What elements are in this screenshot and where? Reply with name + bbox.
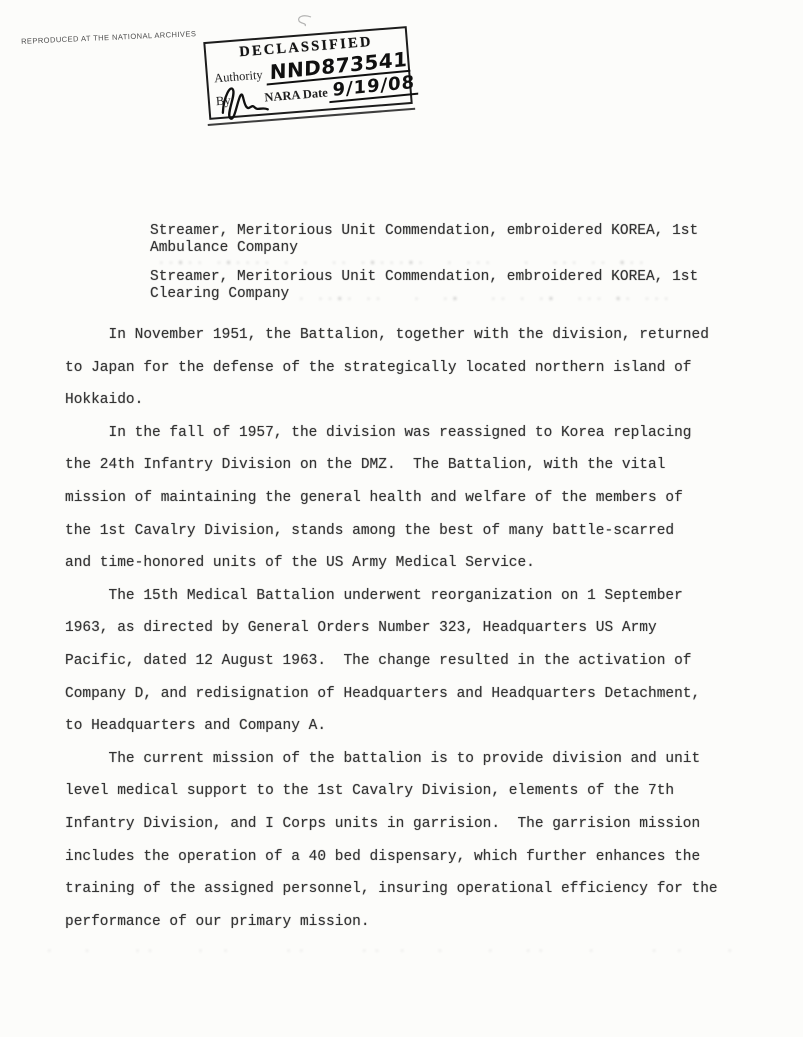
scanned-document-page: REPRODUCED AT THE NATIONAL ARCHIVES DECL… [0,0,803,1037]
document-line: Hokkaido. [65,384,718,417]
document-line: and time-honored units of the US Army Me… [65,547,718,580]
stamp-nara-date-label: NARA Date [264,86,329,108]
document-line: to Japan for the defense of the strategi… [65,352,718,385]
scan-ghost-smudge-1: ··•·· ·•···· · · ·· ·•···•· · ··· · ··· … [158,258,648,270]
document-line: In the fall of 1957, the division was re… [65,417,718,450]
document-line: The 15th Medical Battalion underwent reo… [65,580,718,613]
scan-ghost-smudge-3: · · ·· · · ·· ·· · · · ·· · · · · [46,946,739,958]
stamp-authority-label: Authority [214,68,264,89]
streamer-line-1: Streamer, Meritorious Unit Commendation,… [150,223,698,240]
document-line: The current mission of the battalion is … [65,743,718,776]
stamp-by-label: By [215,93,231,111]
document-line: 1963, as directed by General Orders Numb… [65,612,718,645]
declassified-stamp: DECLASSIFIED Authority NND873541 By NARA… [203,26,412,120]
document-line: training of the assigned personnel, insu… [65,873,718,906]
stamp-date-value-handwritten: 9/19/08 [330,74,419,104]
document-line: mission of maintaining the general healt… [65,482,718,515]
document-line: Pacific, dated 12 August 1963. The chang… [65,645,718,678]
archives-reproduction-note: REPRODUCED AT THE NATIONAL ARCHIVES [21,29,197,46]
streamer-entry: Streamer, Meritorious Unit Commendation,… [150,223,698,257]
document-body-text: In November 1951, the Battalion, togethe… [65,319,718,938]
document-line: Infantry Division, and I Corps units in … [65,808,718,841]
document-line: the 1st Cavalry Division, stands among t… [65,515,718,548]
scan-ghost-smudge-2: · ··•· ·· · ·• ·· · ·• ··· •· ··· [298,294,672,306]
stray-pencil-mark [293,14,315,28]
document-line: In November 1951, the Battalion, togethe… [65,319,718,352]
document-line: the 24th Infantry Division on the DMZ. T… [65,449,718,482]
streamer-line-1: Streamer, Meritorious Unit Commendation,… [150,269,698,286]
document-line: Company D, and redisignation of Headquar… [65,678,718,711]
document-line: to Headquarters and Company A. [65,710,718,743]
streamer-line-2: Ambulance Company [150,240,698,257]
document-line: includes the operation of a 40 bed dispe… [65,841,718,874]
document-line: level medical support to the 1st Cavalry… [65,775,718,808]
document-line: performance of our primary mission. [65,906,718,939]
